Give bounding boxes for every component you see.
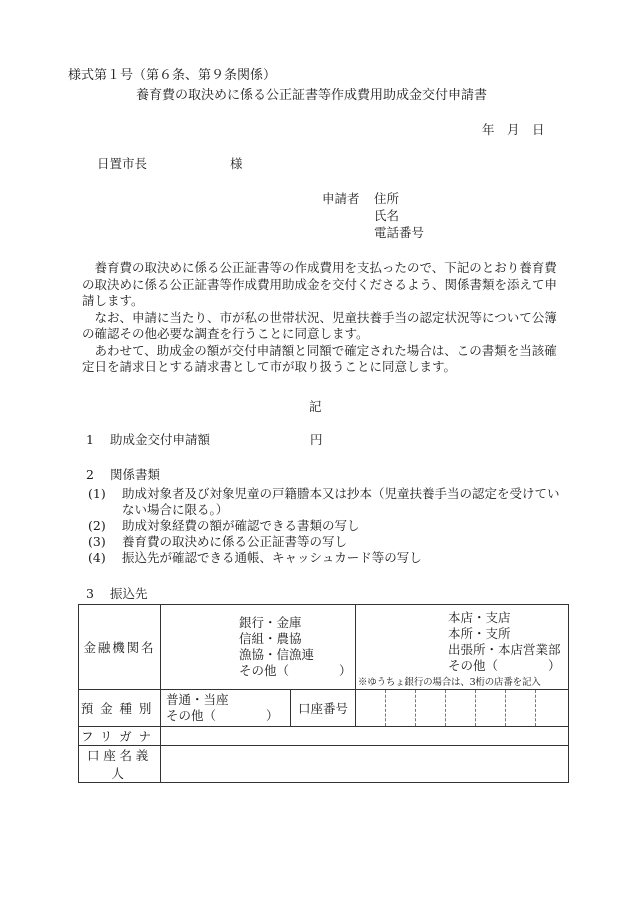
institution-type-option[interactable]: 銀行・金庫	[239, 615, 355, 631]
body-text: 養育費の取決めに係る公正証書等の作成費用を支払ったので、下記のとおり養育費の取決…	[82, 260, 566, 376]
item-text: 振込先が確認できる通帳、キャッシュカード等の写し	[122, 550, 568, 566]
branch-type-option[interactable]: その他（ ）	[448, 658, 568, 674]
section1-amount-unit: 円	[310, 434, 323, 447]
deposit-type-option[interactable]: 普通・当座	[166, 692, 290, 708]
item-number: (1)	[88, 486, 122, 518]
branch-type-option[interactable]: 本店・支店	[448, 610, 568, 626]
furigana-input[interactable]	[161, 727, 569, 746]
account-holder-label: 口座名義人	[79, 746, 161, 783]
account-number-digit-7[interactable]	[536, 690, 569, 727]
branch-type-option[interactable]: 出張所・本店営業部	[448, 642, 568, 658]
furigana-label: フリガナ	[79, 727, 161, 746]
institution-type-cell[interactable]: 銀行・金庫 信組・農協 漁協・信漁連 その他（ ）	[161, 605, 356, 690]
section1-label: 助成金交付申請額	[110, 434, 210, 447]
form-number: 様式第１号（第６条、第９条関係）	[68, 69, 276, 82]
account-holder-input[interactable]	[161, 746, 569, 783]
document-title: 養育費の取決めに係る公正証書等作成費用助成金交付申請書	[136, 89, 487, 102]
account-number-digit-5[interactable]	[476, 690, 506, 727]
deposit-types: 普通・当座 その他（ ）	[166, 692, 290, 724]
account-number-digit-6[interactable]	[506, 690, 536, 727]
account-holder-row: 口座名義人	[79, 746, 569, 783]
applicant-name-field[interactable]: 氏名	[374, 210, 399, 223]
section2-number: 2	[86, 469, 94, 482]
list-item: (4) 振込先が確認できる通帳、キャッシュカード等の写し	[88, 550, 568, 566]
branch-types: 本店・支店 本所・支所 出張所・本店営業部 その他（ ）	[356, 610, 568, 674]
account-number-digit-4[interactable]	[446, 690, 476, 727]
deposit-type-label: 預金種別	[79, 690, 161, 727]
item-number: (4)	[88, 550, 122, 566]
section1-number: 1	[86, 434, 94, 447]
institution-type-option[interactable]: その他（ ）	[239, 663, 355, 679]
list-item: (2) 助成対象経費の額が確認できる書類の写し	[88, 518, 568, 534]
applicant-phone-field[interactable]: 電話番号	[374, 227, 424, 240]
section3-number: 3	[86, 588, 94, 601]
branch-type-cell[interactable]: 本店・支店 本所・支所 出張所・本店営業部 その他（ ） ※ゆうちょ銀行の場合は…	[356, 605, 569, 690]
addressee-honorific: 様	[230, 158, 243, 171]
deposit-row: 預金種別 普通・当座 その他（ ） 口座番号	[79, 690, 569, 727]
ki-heading: 記	[309, 401, 322, 414]
item-number: (2)	[88, 518, 122, 534]
item-text: 養育費の取決めに係る公正証書等の写し	[122, 534, 568, 550]
date-line: 年 月 日	[482, 124, 545, 137]
account-number-label: 口座番号	[291, 690, 356, 727]
section2-label: 関係書類	[110, 469, 160, 482]
paragraph-request: 養育費の取決めに係る公正証書等の作成費用を支払ったので、下記のとおり養育費の取決…	[82, 260, 566, 310]
deposit-type-cell[interactable]: 普通・当座 その他（ ）	[161, 690, 291, 727]
applicant-address-field[interactable]: 住所	[374, 193, 399, 206]
paragraph-consent-invoice: あわせて、助成金の額が交付申請額と同額で確定された場合は、この書類を当該確定日を…	[82, 343, 566, 376]
deposit-type-option[interactable]: その他（ ）	[166, 708, 290, 724]
branch-type-option[interactable]: 本所・支所	[448, 626, 568, 642]
account-number-digit-1[interactable]	[356, 690, 386, 727]
account-number-digit-2[interactable]	[386, 690, 416, 727]
section3-label: 振込先	[110, 588, 148, 601]
institution-type-option[interactable]: 信組・農協	[239, 631, 355, 647]
list-item: (1) 助成対象者及び対象児童の戸籍謄本又は抄本（児童扶養手当の認定を受けていな…	[88, 486, 568, 518]
applicant-label: 申請者	[322, 193, 360, 206]
institution-row: 金融機関名 銀行・金庫 信組・農協 漁協・信漁連 その他（ ） 本店・支店 本所…	[79, 605, 569, 690]
account-number-digit-3[interactable]	[416, 690, 446, 727]
institution-type-option[interactable]: 漁協・信漁連	[239, 647, 355, 663]
addressee-name: 日置市長	[97, 158, 147, 171]
item-text: 助成対象経費の額が確認できる書類の写し	[122, 518, 568, 534]
related-documents-list: (1) 助成対象者及び対象児童の戸籍謄本又は抄本（児童扶養手当の認定を受けていな…	[88, 486, 568, 566]
institution-label: 金融機関名	[79, 605, 161, 690]
item-number: (3)	[88, 534, 122, 550]
furigana-row: フリガナ	[79, 727, 569, 746]
yucho-note: ※ゆうちょ銀行の場合は、3桁の店番を記入	[356, 674, 568, 689]
item-text: 助成対象者及び対象児童の戸籍謄本又は抄本（児童扶養手当の認定を受けていない場合に…	[122, 486, 568, 518]
paragraph-consent-investigation: なお、申請に当たり、市が私の世帯状況、児童扶養手当の認定状況等について公簿の確認…	[82, 310, 566, 343]
list-item: (3) 養育費の取決めに係る公正証書等の写し	[88, 534, 568, 550]
institution-types: 銀行・金庫 信組・農協 漁協・信漁連 その他（ ）	[239, 615, 355, 679]
bank-transfer-table: 金融機関名 銀行・金庫 信組・農協 漁協・信漁連 その他（ ） 本店・支店 本所…	[78, 604, 569, 783]
